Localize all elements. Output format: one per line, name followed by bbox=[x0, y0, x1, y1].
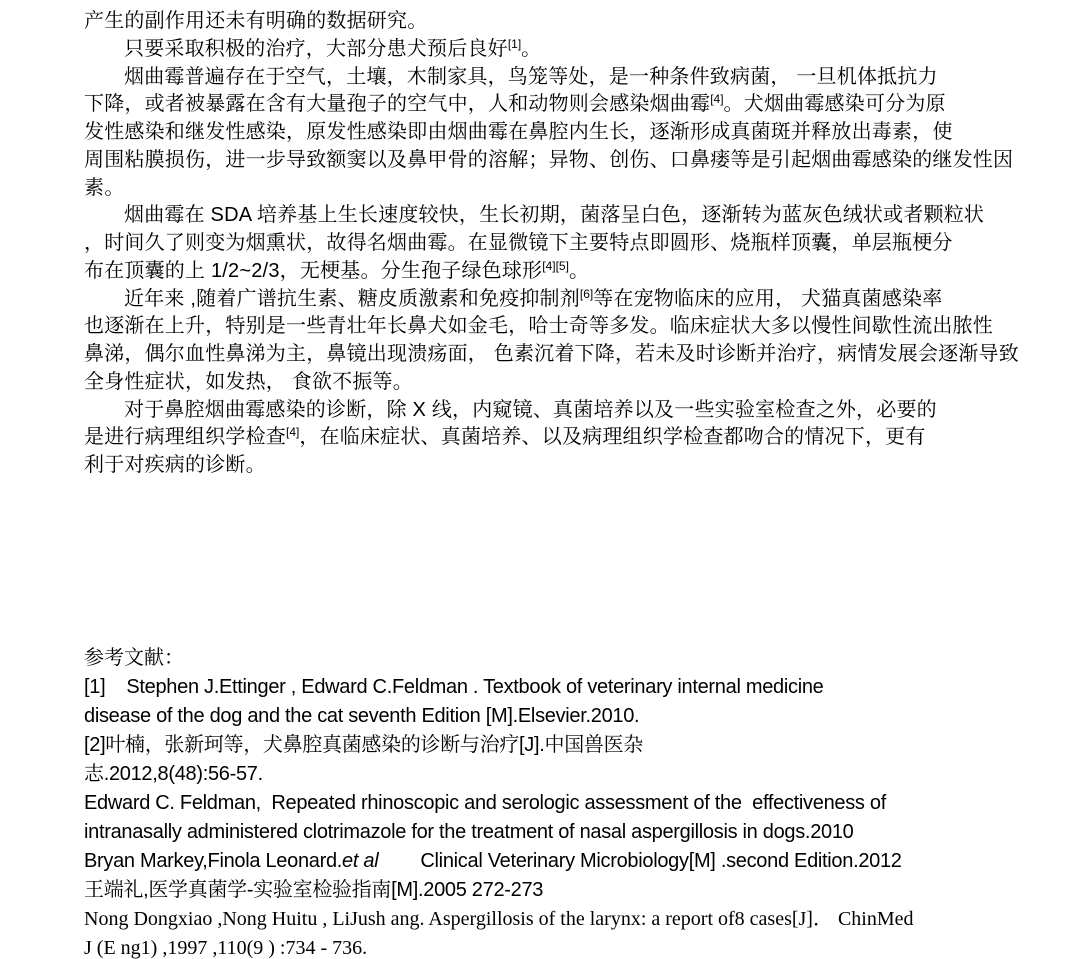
text-segment: 对于鼻腔烟曲霉感染的诊断，除 X 线，内窥镜、真菌培养以及一些实验室检查之外，必… bbox=[124, 399, 937, 421]
text-segment: ，时间久了则变为烟熏状，故得名烟曲霉。在显微镜下主要特点即圆形、烧瓶样顶囊，单层… bbox=[84, 232, 953, 254]
text-segment: intranasally administered clotrimazole f… bbox=[84, 821, 853, 843]
text-segment: 。 bbox=[521, 38, 541, 60]
text-segment: et al bbox=[342, 850, 378, 872]
text-segment: 王端礼,医学真菌学-实验室检验指南[M].2005 272-273 bbox=[84, 879, 543, 901]
text-line: 王端礼,医学真菌学-实验室检验指南[M].2005 272-273 bbox=[84, 876, 1010, 905]
citation-superscript: [4] bbox=[710, 92, 723, 106]
text-segment: ，在临床症状、真菌培养、以及病理组织学检查都吻合的情况下，更有 bbox=[299, 426, 925, 448]
text-segment: J (E ng1) ,1997 ,110(9 ) :734 - 736. bbox=[84, 937, 367, 959]
text-line: 也逐渐在上升，特别是一些青壮年长鼻犬如金毛，哈士奇等多发。临床症状大多以慢性间歇… bbox=[84, 313, 1010, 341]
text-segment: 产生的副作用还未有明确的数据研究。 bbox=[84, 10, 427, 32]
text-segment: 等在宠物临床的应用， 犬猫真菌感染率 bbox=[593, 288, 942, 310]
text-line: 周围粘膜损伤，进一步导致额窦以及鼻甲骨的溶解；异物、创伤、口鼻瘘等是引起烟曲霉感… bbox=[84, 147, 1010, 175]
text-segment: 布在顶囊的上 1/2~2/3，无梗基。分生孢子绿色球形 bbox=[84, 260, 542, 282]
text-segment: 烟曲霉普遍存在于空气，土壤，木制家具，鸟笼等处，是一种条件致病菌， 一旦机体抵抗… bbox=[124, 66, 938, 88]
text-segment: 全身性症状，如发热， 食欲不振等。 bbox=[84, 371, 413, 393]
text-segment: 利于对疾病的诊断。 bbox=[84, 454, 266, 476]
text-line: [1] Stephen J.Ettinger , Edward C.Feldma… bbox=[84, 673, 1010, 702]
text-segment: 鼻涕，偶尔血性鼻涕为主，鼻镜出现溃疡面， 色素沉着下降，若未及时诊断并治疗，病情… bbox=[84, 343, 1019, 365]
text-segment: 。 bbox=[569, 260, 589, 282]
text-segment: 烟曲霉在 SDA 培养基上生长速度较快，生长初期，菌落呈白色，逐渐转为蓝灰色绒状… bbox=[124, 204, 984, 226]
text-line: 烟曲霉在 SDA 培养基上生长速度较快，生长初期，菌落呈白色，逐渐转为蓝灰色绒状… bbox=[84, 202, 1010, 230]
text-segment: 是进行病理组织学检查 bbox=[84, 426, 286, 448]
text-segment: 周围粘膜损伤，进一步导致额窦以及鼻甲骨的溶解；异物、创伤、口鼻瘘等是引起烟曲霉感… bbox=[84, 149, 1013, 171]
text-segment: 素。 bbox=[84, 177, 124, 199]
citation-superscript: [4][5] bbox=[542, 259, 569, 273]
text-line: 发性感染和继发性感染，原发性感染即由烟曲霉在鼻腔内生长，逐渐形成真菌斑并释放出毒… bbox=[84, 119, 1010, 147]
text-segment: Bryan Markey,Finola Leonard. bbox=[84, 850, 342, 872]
text-line: Edward C. Feldman, Repeated rhinoscopic … bbox=[84, 789, 1010, 818]
text-line: [2]叶楠，张新珂等，犬鼻腔真菌感染的诊断与治疗[J].中国兽医杂 bbox=[84, 731, 1010, 760]
text-line: 对于鼻腔烟曲霉感染的诊断，除 X 线，内窥镜、真菌培养以及一些实验室检查之外，必… bbox=[84, 397, 1010, 425]
references-heading: 参考文献： bbox=[84, 644, 1010, 673]
text-line: 近年来 ,随着广谱抗生素、糖皮质激素和免疫抑制剂[6]等在宠物临床的应用， 犬猫… bbox=[84, 286, 1010, 314]
text-segment: [1] Stephen J.Ettinger , Edward C.Feldma… bbox=[84, 676, 823, 698]
text-line: 只要采取积极的治疗，大部分患犬预后良好[1]。 bbox=[84, 36, 1010, 64]
text-segment: 。犬烟曲霉感染可分为原 bbox=[724, 93, 946, 115]
text-segment: 也逐渐在上升，特别是一些青壮年长鼻犬如金毛，哈士奇等多发。临床症状大多以慢性间歇… bbox=[84, 315, 993, 337]
references-section: 参考文献： [1] Stephen J.Ettinger , Edward C.… bbox=[84, 644, 1010, 959]
citation-superscript: [4] bbox=[286, 425, 299, 439]
citation-superscript: [6] bbox=[580, 287, 593, 301]
text-line: disease of the dog and the cat seventh E… bbox=[84, 702, 1010, 731]
text-line: 素。 bbox=[84, 175, 1010, 203]
text-segment: 志.2012,8(48):56-57. bbox=[84, 763, 263, 785]
text-segment: [2]叶楠，张新珂等，犬鼻腔真菌感染的诊断与治疗[J].中国兽医杂 bbox=[84, 734, 643, 756]
text-segment: 只要采取积极的治疗，大部分患犬预后良好 bbox=[124, 38, 508, 60]
text-line: intranasally administered clotrimazole f… bbox=[84, 818, 1010, 847]
text-line: 产生的副作用还未有明确的数据研究。 bbox=[84, 8, 1010, 36]
text-segment: Clinical Veterinary Microbiology[M] .sec… bbox=[378, 850, 901, 872]
text-line: 全身性症状，如发热， 食欲不振等。 bbox=[84, 369, 1010, 397]
text-segment: 近年来 ,随着广谱抗生素、糖皮质激素和免疫抑制剂 bbox=[124, 288, 580, 310]
text-line: 志.2012,8(48):56-57. bbox=[84, 760, 1010, 789]
text-line: J (E ng1) ,1997 ,110(9 ) :734 - 736. bbox=[84, 934, 1010, 959]
text-segment: disease of the dog and the cat seventh E… bbox=[84, 705, 639, 727]
references-list: [1] Stephen J.Ettinger , Edward C.Feldma… bbox=[84, 673, 1010, 959]
text-line: Nong Dongxiao ,Nong Huitu , LiJush ang. … bbox=[84, 905, 1010, 934]
text-segment: 下降，或者被暴露在含有大量孢子的空气中，人和动物则会感染烟曲霉 bbox=[84, 93, 710, 115]
text-line: 烟曲霉普遍存在于空气，土壤，木制家具，鸟笼等处，是一种条件致病菌， 一旦机体抵抗… bbox=[84, 64, 1010, 92]
text-segment: 发性感染和继发性感染，原发性感染即由烟曲霉在鼻腔内生长，逐渐形成真菌斑并释放出毒… bbox=[84, 121, 953, 143]
text-line: ，时间久了则变为烟熏状，故得名烟曲霉。在显微镜下主要特点即圆形、烧瓶样顶囊，单层… bbox=[84, 230, 1010, 258]
text-line: Bryan Markey,Finola Leonard.et al Clinic… bbox=[84, 847, 1010, 876]
text-line: 布在顶囊的上 1/2~2/3，无梗基。分生孢子绿色球形[4][5]。 bbox=[84, 258, 1010, 286]
article-body: 产生的副作用还未有明确的数据研究。只要采取积极的治疗，大部分患犬预后良好[1]。… bbox=[84, 8, 1010, 480]
text-line: 鼻涕，偶尔血性鼻涕为主，鼻镜出现溃疡面， 色素沉着下降，若未及时诊断并治疗，病情… bbox=[84, 341, 1010, 369]
document-page: 产生的副作用还未有明确的数据研究。只要采取积极的治疗，大部分患犬预后良好[1]。… bbox=[0, 0, 1080, 959]
citation-superscript: [1] bbox=[508, 37, 521, 51]
text-line: 下降，或者被暴露在含有大量孢子的空气中，人和动物则会感染烟曲霉[4]。犬烟曲霉感… bbox=[84, 91, 1010, 119]
text-line: 是进行病理组织学检查[4]，在临床症状、真菌培养、以及病理组织学检查都吻合的情况… bbox=[84, 424, 1010, 452]
text-segment: Nong Dongxiao ,Nong Huitu , LiJush ang. … bbox=[84, 908, 914, 930]
text-line: 利于对疾病的诊断。 bbox=[84, 452, 1010, 480]
text-segment: Edward C. Feldman, Repeated rhinoscopic … bbox=[84, 792, 886, 814]
